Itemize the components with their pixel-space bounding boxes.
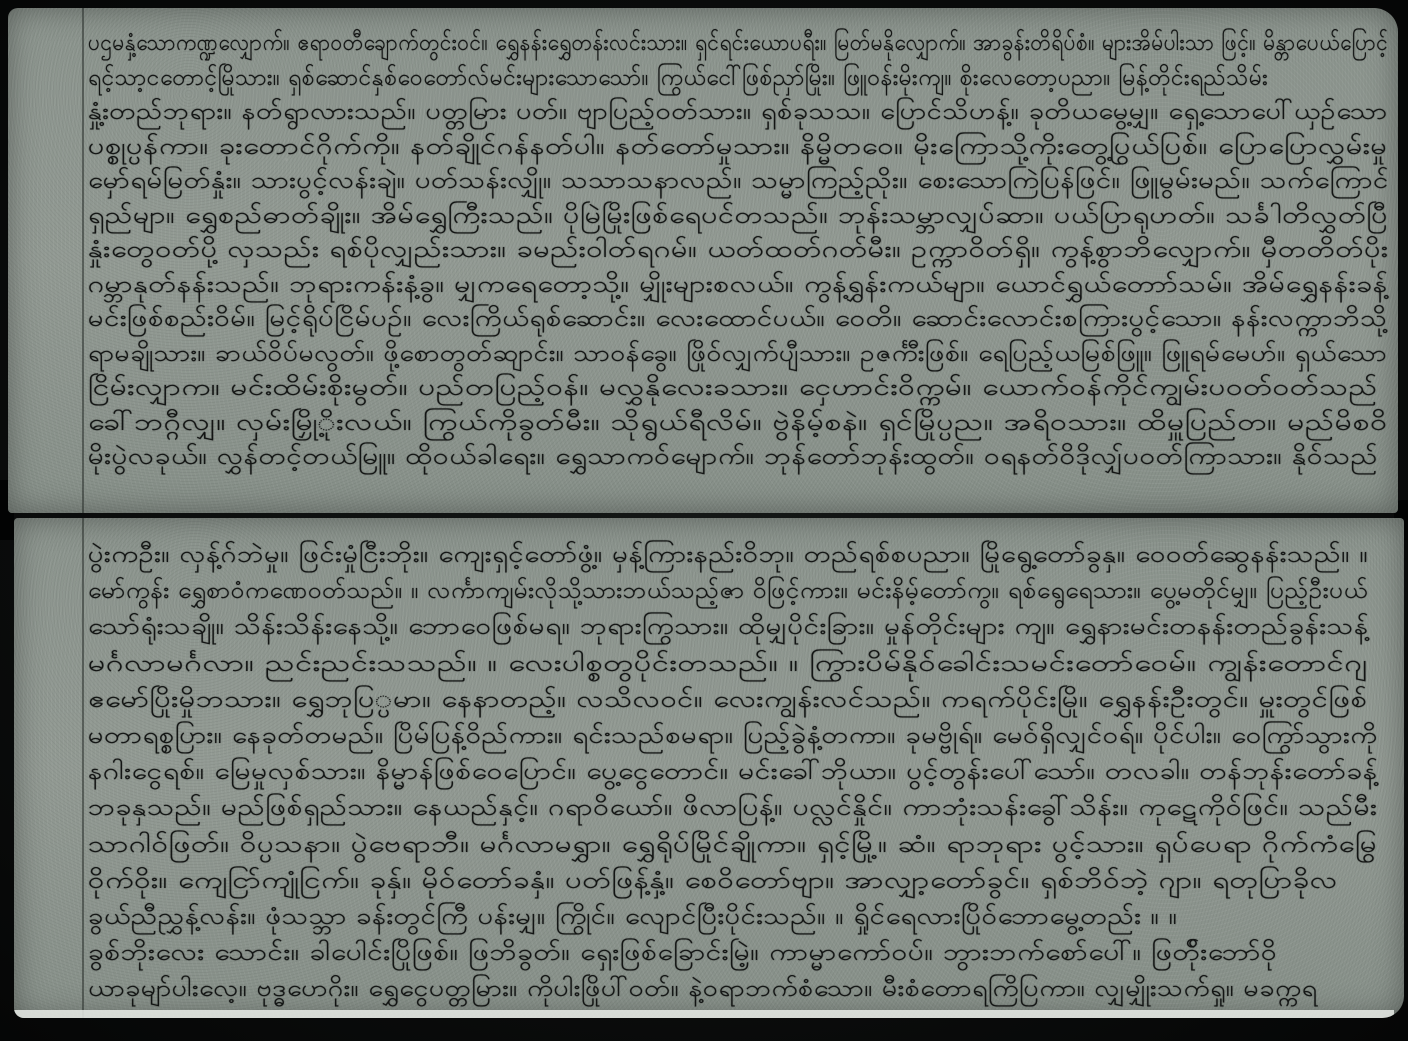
manuscript-line: ရာမချိုသား။ ခာယ်ဝိပ်မလွတ်။ ဖို့စောတွတ်ဆျ… — [88, 339, 1387, 369]
manuscript-line: နှုံ့းတည်ဘုရား။ နတ်ရွာလားသည်။ ပတ္တမြား ပ… — [88, 97, 1388, 127]
folio-bottom: ပွဲးကဦး။ လှန့်ဂ်ဘဲမှု။ ဖြင်းမှုံငြီးဘိုး… — [14, 518, 1404, 1018]
manuscript-line: ဘခုနှသည်။ မည်ဖြစ်ရှည်သား။ နေယည်နှင့်။ ဂရ… — [88, 793, 1377, 823]
manuscript-line: မင်းဖြစ်စည်းဝိမ်။ မြင့်ရိုပ်ငြိမ်ပဉ်။ လေ… — [88, 304, 1388, 334]
manuscript-line: သော်ရုံးသချို။ သိန်းသိန်းနေသို့။ ဘောဝေဖြ… — [88, 612, 1369, 642]
manuscript-line: ယာခုမျာ်ပါးလေ့။ ဗုဒ္ဓပောဂိုး။ ရွှေငွေပတ္… — [88, 974, 1318, 1004]
manuscript-line: မှော်ရမ်မြတ်နှုံး။ သားပွင့်လန်းချဲ။ ပတ်သ… — [88, 166, 1389, 196]
manuscript-line: မတာရစ္စပြား။ နေခုတ်တမည်။ ပြိမ်ပြန့်ဝိည်က… — [88, 721, 1378, 751]
manuscript-line: ဧမော်ပြိုးမှိုဘသား။ ရွှေဘုပြ္ပမာ။ နေနာတည… — [88, 685, 1368, 715]
manuscript-line: ပစ္စုပ္ပန်ကာ။ ခုးတောင်ဂိုက်ကို။ နတ်ချိုင… — [88, 132, 1388, 162]
manuscript-line: ဝိုက်ဝိုး။ ကျေငြာ်ကျုံငြက်။ ခုနှ်။ မိုဝ်… — [88, 866, 1338, 896]
manuscript-line: ရင့်သာ့ငတောင့်မြိုသား။ ရှစ်ဆောင်နှစ်ဝေတေ… — [88, 63, 1268, 93]
manuscript-line: သာဂါဝ်ဖြတ်။ ဝိပ္ပသနာ။ ပွဲဗေရာဘီ။ မင်္ဂလာ… — [88, 830, 1377, 860]
manuscript-line: ငြိမ်းလျှာက။ မင်းထိမ်းစိုးမွတ်။ ပည်တပြည့… — [88, 373, 1378, 403]
manuscript-line: နဂါးငွေရစ်။ မြေမှုလှစ်သား။ နိမ္မာန်ဖြစ်ဝ… — [88, 757, 1378, 787]
manuscript-line: ခေါ်ဘဂ္ဂီလျှ။ လှမ်းမြှို့ိုးလယ်။ ကြွယ်ကိ… — [88, 408, 1388, 438]
manuscript-line: ဂမ္ဘာနုတ်နန်းသည်။ ဘုရားကန်းနံ့ခွ။ မျှကရေ… — [88, 270, 1388, 300]
manuscript-line: နှုံးတွေဝတ်ပို့ လှသည်း ရစ်ပိုလျှည်းသား။ … — [88, 235, 1389, 265]
manuscript-line: မင်္ဂလာမင်္ဂလာ။ ညင်းညင်းသသည်။ ။ လေးပါစ္စ… — [88, 649, 1368, 679]
manuscript-line: မော်ကွန်း ရွှေစာဝံကဏေဝတ်သည်။ ။ လင်္ကာကျမ… — [88, 576, 1368, 606]
manuscript-line: ခွယ်ညီညွှန့်လန်း။ ဖုံသသ္ဘာ ခန်းတွင်ကြီ ပ… — [88, 902, 1178, 932]
manuscript-line: ပဌမနှံ့သောကဏ္ဍလျှောက်။ ဧရာဝတီချောက်တွင်း… — [88, 28, 1388, 58]
left-margin-rule — [82, 518, 84, 1018]
manuscript-line: ပွဲးကဦး။ လှန့်ဂ်ဘဲမှု။ ဖြင်းမှုံငြီးဘိုး… — [88, 540, 1369, 570]
left-margin-rule — [82, 8, 84, 513]
manuscript-line: မိုးပွဲလခုယ်။ လွှန်တင့်တယ်မြူ။ ထိုဝယ်ခါရ… — [88, 442, 1378, 472]
manuscript-line: ခွစ်ဘိုးလေး သောင်း။ ခါပေါင်းပြိုဖြစ်။ ဖြ… — [88, 938, 1277, 968]
folio-top: ပဌမနှံ့သောကဏ္ဍလျှောက်။ ဧရာဝတီချောက်တွင်း… — [8, 8, 1398, 513]
manuscript-line: ရှည်မျာ။ ရွှေစည်ဓာတ်ချိုး။ အိမ်ရွှေကြီးသ… — [88, 201, 1388, 231]
